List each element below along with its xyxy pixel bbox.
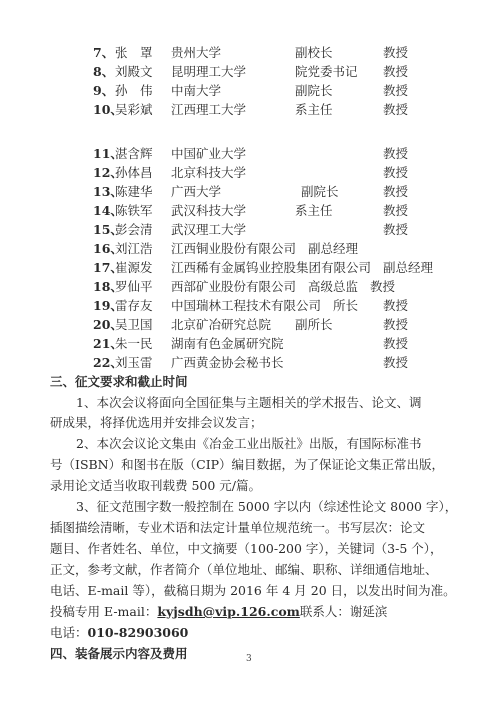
- member-name: 朱一民: [115, 334, 153, 353]
- paragraph-1-line-2: 研成果，将择优选用并安排会议发言；: [50, 413, 263, 432]
- member-name: 湛含辉: [115, 144, 153, 163]
- member-name: 孙体昌: [115, 163, 153, 182]
- member-title: 教授: [370, 277, 395, 296]
- member-title: 教授: [383, 201, 408, 220]
- member-position: 院党委书记: [295, 62, 358, 81]
- member-name: 张 罩: [115, 43, 153, 62]
- member-name: 罗仙平: [115, 277, 153, 296]
- member-name: 刘殿文: [115, 62, 153, 81]
- member-organization: 北京矿冶研究总院: [171, 315, 271, 334]
- committee-row: 7、张 罩贵州大学副校长教授: [93, 43, 493, 62]
- page-number: 3: [246, 654, 252, 664]
- member-organization: 中国瑞林工程技术有限公司: [171, 296, 321, 315]
- member-position: 系主任: [295, 100, 333, 119]
- member-organization: 广西黄金协会秘书长: [171, 353, 284, 372]
- member-name: 吴彩斌: [115, 100, 153, 119]
- member-title: 教授: [383, 315, 408, 334]
- paragraph-2-line-2: 号（ISBN）和图书在版（CIP）编目数据，为了保证论文集正常出版，: [50, 455, 444, 474]
- committee-row: 15、彭会清武汉理工大学教授: [93, 220, 493, 239]
- committee-row: 9、孙 伟中南大学副院长教授: [93, 81, 493, 100]
- member-title: 教授: [383, 220, 408, 239]
- member-title: 教授: [383, 81, 408, 100]
- member-position: 副校长: [295, 43, 333, 62]
- member-position: 系主任: [295, 201, 333, 220]
- committee-row: 11、湛含辉中国矿业大学教授: [93, 144, 493, 163]
- member-organization: 武汉理工大学: [171, 220, 246, 239]
- member-title: 教授: [383, 353, 408, 372]
- member-title: 教授: [383, 334, 408, 353]
- committee-row: 19、雷存友中国瑞林工程技术有限公司所长教授: [93, 296, 493, 315]
- email-link[interactable]: kyjsdh@vip.126.com: [157, 604, 300, 619]
- member-name: 雷存友: [115, 296, 153, 315]
- row-number: 8、: [93, 62, 114, 81]
- member-organization: 湖南有色金属研究院: [171, 334, 284, 353]
- member-position: 副院长: [295, 81, 333, 100]
- paragraph-2-line-1: 2、本次会议论文集由《冶金工业出版社》出版，有国际标准书: [76, 434, 421, 453]
- member-name: 陈建华: [115, 182, 153, 201]
- member-position: 副所长: [295, 315, 333, 334]
- member-organization: 武汉科技大学: [171, 201, 246, 220]
- member-organization: 江西理工大学: [171, 100, 246, 119]
- committee-row: 17、崔源发江西稀有金属钨业控股集团有限公司副总经理: [93, 258, 493, 277]
- email-line: 投稿专用 E-mail：kyjsdh@vip.126.com联系人：谢延滨: [50, 602, 387, 621]
- committee-row: 22、刘玉雷广西黄金协会秘书长教授: [93, 353, 493, 372]
- member-title: 教授: [383, 43, 408, 62]
- member-position: 副院长: [301, 182, 339, 201]
- member-name: 刘江浩: [115, 239, 153, 258]
- row-number: 7、: [93, 43, 114, 62]
- paragraph-3-line-2: 插图描绘清晰，专业术语和法定计量单位规范统一。书写层次：论文: [50, 518, 425, 537]
- member-organization: 贵州大学: [171, 43, 221, 62]
- member-position: 副总经理: [383, 258, 433, 277]
- member-organization: 广西大学: [171, 182, 221, 201]
- member-organization: 江西铜业股份有限公司: [171, 239, 296, 258]
- phone-number: 010-82903060: [88, 625, 189, 640]
- committee-row: 8、刘殿文昆明理工大学院党委书记教授: [93, 62, 493, 81]
- member-title: 教授: [383, 296, 408, 315]
- member-title: 教授: [383, 62, 408, 81]
- paragraph-3-line-5: 电话、E-mail 等），截稿日期为 2016 年 4 月 20 日，以发出时间…: [50, 581, 456, 600]
- row-number: 9、: [93, 81, 114, 100]
- member-name: 崔源发: [115, 258, 153, 277]
- member-organization: 北京科技大学: [171, 163, 246, 182]
- committee-row: 21、朱一民湖南有色金属研究院教授: [93, 334, 493, 353]
- section-3-heading: 三、征文要求和截止时间: [50, 372, 188, 391]
- member-organization: 昆明理工大学: [171, 62, 246, 81]
- phone-label: 电话：: [50, 625, 88, 640]
- committee-row: 13、陈建华广西大学副院长教授: [93, 182, 493, 201]
- committee-row: 18、罗仙平西部矿业股份有限公司高级总监教授: [93, 277, 493, 296]
- member-organization: 江西稀有金属钨业控股集团有限公司: [171, 258, 371, 277]
- member-title: 教授: [383, 163, 408, 182]
- member-name: 刘玉雷: [115, 353, 153, 372]
- member-title: 教授: [383, 182, 408, 201]
- paragraph-3-line-4: 正文，参考文献，作者简介（单位地址、邮编、职称、详细通信地址、: [50, 560, 438, 579]
- member-name: 彭会清: [115, 220, 153, 239]
- phone-line: 电话：010-82903060: [50, 623, 188, 642]
- member-position: 所长: [333, 296, 358, 315]
- email-label: 投稿专用 E-mail：: [50, 604, 157, 619]
- member-name: 孙 伟: [115, 81, 153, 100]
- committee-row: 14、陈铁军武汉科技大学系主任教授: [93, 201, 493, 220]
- committee-row: 12、孙体昌北京科技大学教授: [93, 163, 493, 182]
- member-organization: 西部矿业股份有限公司: [171, 277, 296, 296]
- member-organization: 中南大学: [171, 81, 221, 100]
- member-name: 陈铁军: [115, 201, 153, 220]
- section-4-heading: 四、装备展示内容及费用: [50, 644, 188, 663]
- member-position: 副总经理: [308, 239, 358, 258]
- committee-row: 16、刘江浩江西铜业股份有限公司副总经理: [93, 239, 493, 258]
- paragraph-3-line-3: 题目、作者姓名、单位，中文摘要（100-200 字），关键词（3-5 个），: [50, 539, 443, 558]
- paragraph-1-line-1: 1、本次会议将面向全国征集与主题相关的学术报告、论文、调: [76, 393, 421, 412]
- paragraph-2-line-3: 录用论文适当收取刊载费 500 元/篇。: [50, 476, 261, 495]
- committee-row: 10、吴彩斌江西理工大学系主任教授: [93, 100, 493, 119]
- member-organization: 中国矿业大学: [171, 144, 246, 163]
- contact-person: 联系人：谢延滨: [300, 604, 388, 619]
- member-name: 吴卫国: [115, 315, 153, 334]
- committee-row: 20、吴卫国北京矿冶研究总院副所长教授: [93, 315, 493, 334]
- member-title: 教授: [383, 100, 408, 119]
- paragraph-3-line-1: 3、征文范围字数一般控制在 5000 字以内（综述性论文 8000 字），: [76, 497, 457, 516]
- member-title: 教授: [383, 144, 408, 163]
- member-position: 高级总监: [308, 277, 358, 296]
